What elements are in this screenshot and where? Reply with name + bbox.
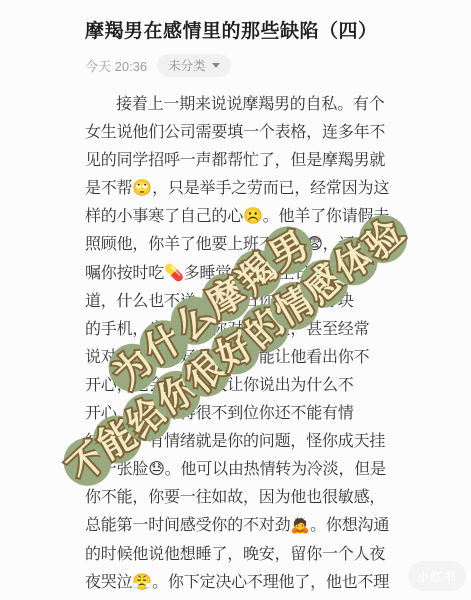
body-text-line: 是不帮🙄，只是举手之劳而已，经常因为这 bbox=[85, 175, 405, 203]
post-timestamp: 今天 20:36 bbox=[85, 56, 147, 75]
xiaohongshu-watermark: 小红书 bbox=[408, 561, 466, 591]
category-label: 未分类 bbox=[168, 56, 206, 74]
chevron-down-icon bbox=[212, 63, 220, 68]
post-meta: 今天 20:36 未分类 bbox=[85, 53, 231, 77]
post-title: 摩羯男在感情里的那些缺陷（四） bbox=[85, 16, 415, 43]
body-text-line: 接着上一期来说说摩羯男的自私。有个 bbox=[85, 91, 405, 119]
body-text-line: 总能第一时间感受你的不对劲🙇。你想沟通 bbox=[85, 512, 405, 540]
post-page: 摩羯男在感情里的那些缺陷（四） 今天 20:36 未分类 接着上一期来说说摩羯男… bbox=[0, 0, 471, 600]
body-text-line: 夜哭泣😤。你下定决心不理他了，他也不理 bbox=[85, 569, 405, 597]
xiaohongshu-logo-text: 小红书 bbox=[417, 567, 458, 585]
body-text-line: 着一张脸😓。他可以由热情转为冷淡，但是 bbox=[85, 456, 405, 484]
body-text-line: 女生说他们公司需要填一个表格，连多年不 bbox=[85, 119, 405, 147]
body-text-line: 的时候他说他想睡了，晚安，留你一个人夜 bbox=[85, 541, 405, 569]
category-dropdown[interactable]: 未分类 bbox=[157, 54, 231, 77]
body-text-line: 见的同学招呼一声都帮忙了，但是摩羯男就 bbox=[85, 147, 405, 175]
body-text-line: 你不能，你要一往如故，因为他也很敏感， bbox=[85, 484, 405, 512]
